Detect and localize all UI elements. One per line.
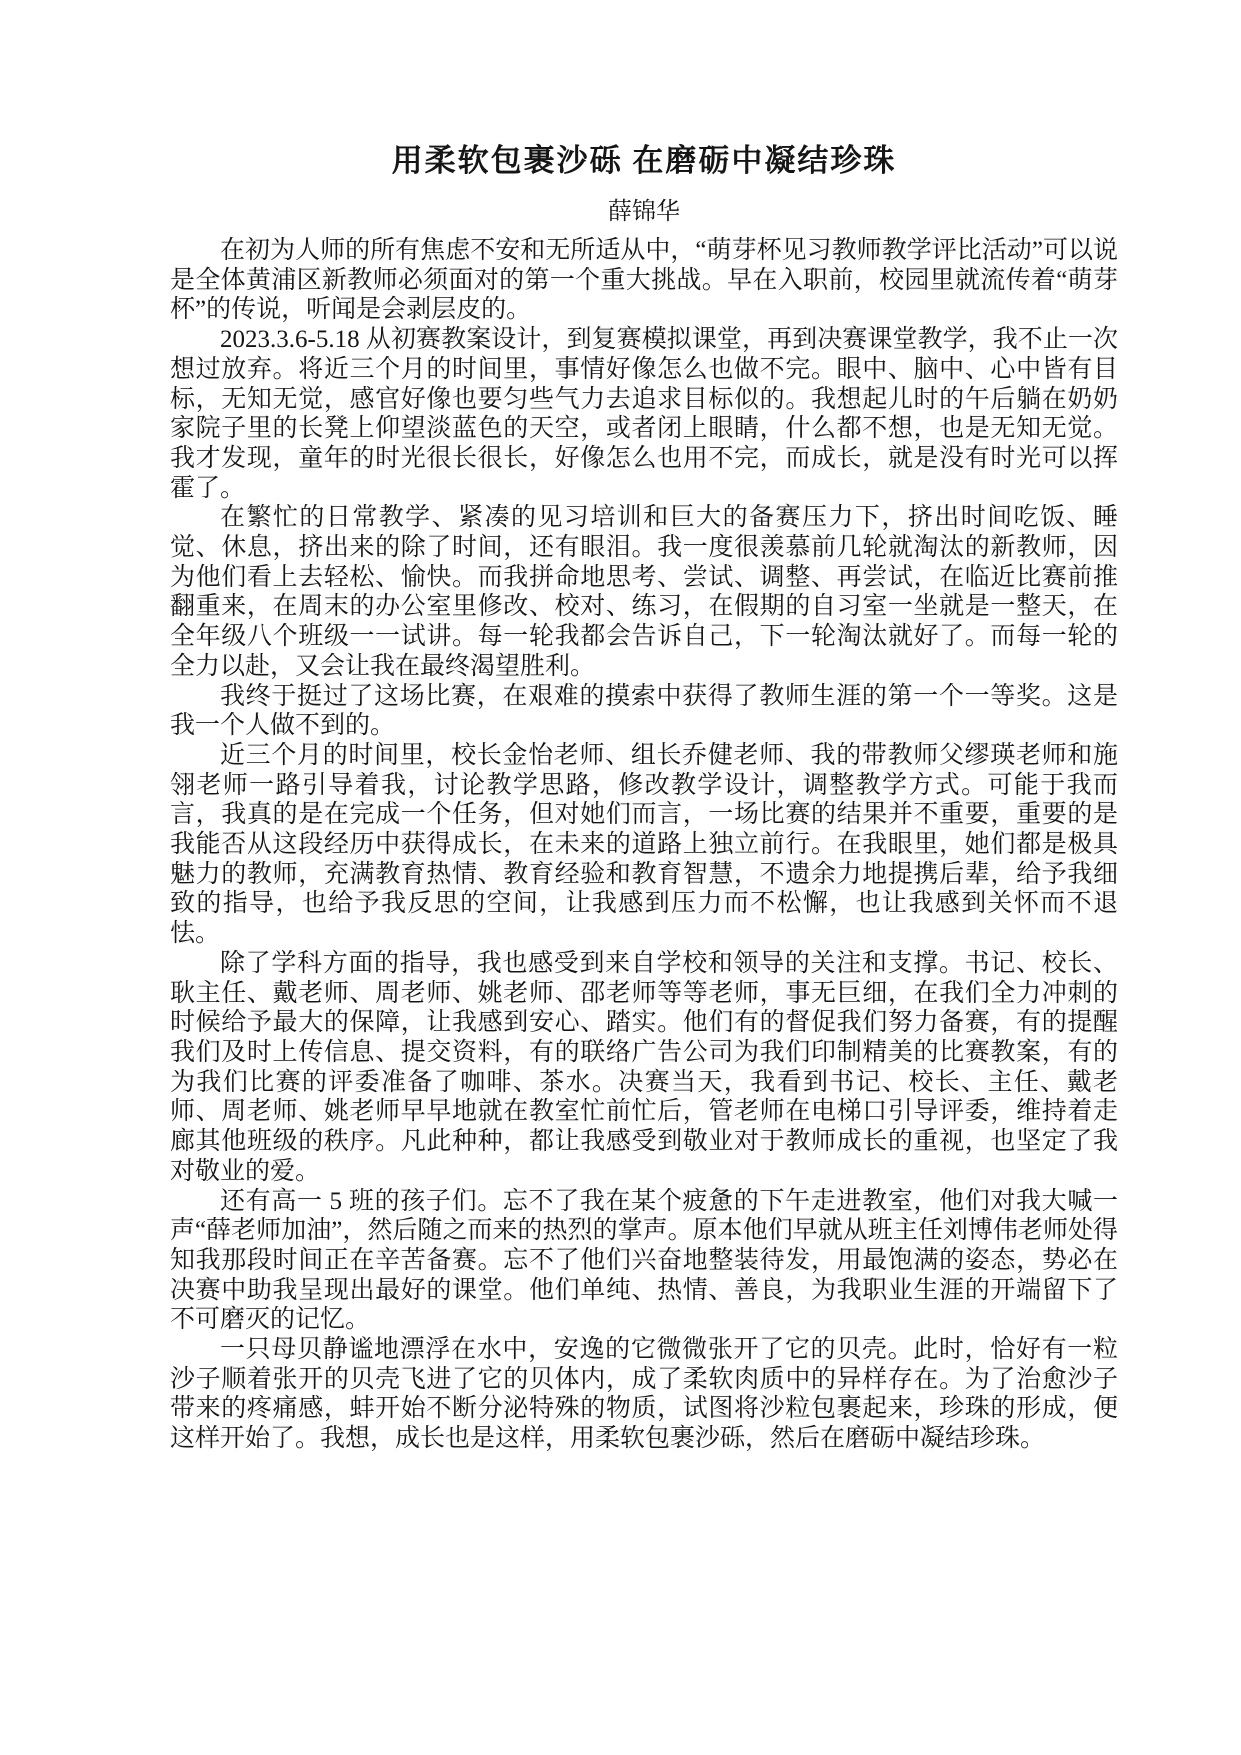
paragraph: 我终于挺过了这场比赛，在艰难的摸索中获得了教师生涯的第一个一等奖。这是我一个人做… xyxy=(170,682,1118,741)
document-page: 用柔软包裹沙砾 在磨砺中凝结珍珠 薛锦华 在初为人师的所有焦虑不安和无所适从中，… xyxy=(170,140,1118,1454)
paragraph: 还有高一 5 班的孩子们。忘不了我在某个疲惫的下午走进教室，他们对我大喊一声“薛… xyxy=(170,1187,1118,1336)
paragraph: 在繁忙的日常教学、紧凑的见习培训和巨大的备赛压力下，挤出时间吃饭、睡觉、休息，挤… xyxy=(170,503,1118,681)
author-name: 薛锦华 xyxy=(170,196,1118,236)
document-body: 在初为人师的所有焦虑不安和无所适从中，“萌芽杯见习教师教学评比活动”可以说是全体… xyxy=(170,236,1118,1454)
paragraph: 一只母贝静谧地漂浮在水中，安逸的它微微张开了它的贝壳。此时，恰好有一粒沙子顺着张… xyxy=(170,1335,1118,1454)
paragraph: 近三个月的时间里，校长金怡老师、组长乔健老师、我的带教师父缪瑛老师和施翎老师一路… xyxy=(170,741,1118,949)
paragraph: 除了学科方面的指导，我也感受到来自学校和领导的关注和支撑。书记、校长、耿主任、戴… xyxy=(170,949,1118,1187)
paragraph: 在初为人师的所有焦虑不安和无所适从中，“萌芽杯见习教师教学评比活动”可以说是全体… xyxy=(170,236,1118,325)
paragraph: 2023.3.6-5.18 从初赛教案设计，到复赛模拟课堂，再到决赛课堂教学，我… xyxy=(170,325,1118,503)
document-title: 用柔软包裹沙砾 在磨砺中凝结珍珠 xyxy=(170,140,1118,196)
